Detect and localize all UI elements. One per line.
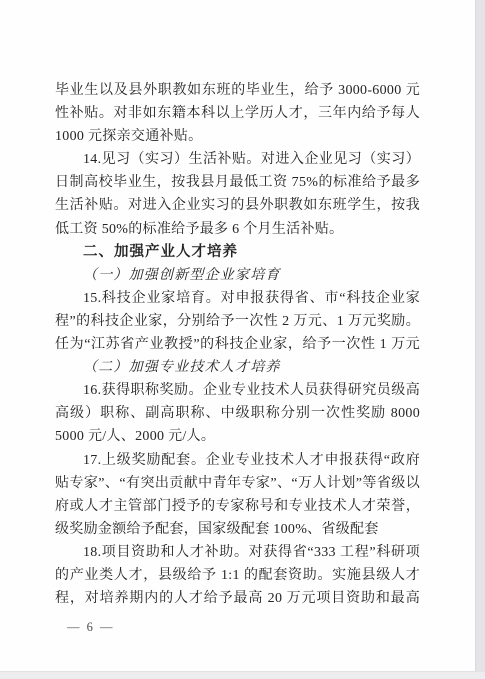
- text-line: 15.科技企业家培育。对申报获得省、市“科技企业家培育工: [55, 287, 420, 310]
- text-line: 程，对培养期内的人才给予最高 20 万元项目资助和最高每年 2: [55, 587, 420, 610]
- text-line: 低工资 50%的标准给予最多 6 个月生活补贴。: [55, 218, 420, 241]
- text-line: 的产业类人才，县级给予 1:1 的配套资助。实施县级人才培养工: [55, 564, 420, 587]
- text-line: 14.见习（实习）生活补贴。对进入企业见习（实习）的全: [55, 148, 420, 171]
- text-line: 程”的科技企业家，分别给予一次性 2 万元、1 万元奖励。对聘: [55, 310, 420, 333]
- text-line: 1000 元探亲交通补贴。: [55, 125, 420, 148]
- text-line: 5000 元/人、2000 元/人。: [55, 425, 420, 448]
- text-line: 任为“江苏省产业教授”的科技企业家，给予一次性 1 万元奖励。: [55, 333, 420, 356]
- text-line: 级奖励金额给予配套，国家级配套 100%、省级配套 50%。: [55, 518, 420, 541]
- text-line: 17.上级奖励配套。企业专业技术人才申报获得“政府特殊津: [55, 449, 420, 472]
- page-number: — 6 —: [67, 620, 115, 635]
- text-line: 16.获得职称奖励。企业专业技术人员获得研究员级高级（正: [55, 379, 420, 402]
- text-line: 毕业生以及县外职教如东班的毕业生，给予 3000-6000 元的一次: [55, 79, 420, 102]
- subsection-heading: （二）加强专业技术人才培养: [55, 356, 420, 379]
- subsection-heading: （一）加强创新型企业家培育: [55, 264, 420, 287]
- text-line: 日制高校毕业生，按我县月最低工资 75%的标准给予最多 6 个月: [55, 171, 420, 194]
- section-heading: 二、加强产业人才培养: [55, 241, 420, 264]
- text-line: 高级）职称、副高职称、中级职称分别一次性奖励 8000 元/人、: [55, 402, 420, 425]
- text-line: 18.项目资助和人才补助。对获得省“333 工程”科研项目资助: [55, 541, 420, 564]
- text-line: 府或人才主管部门授予的专家称号和专业技术人才荣誉，根据上: [55, 495, 420, 518]
- text-line: 性补贴。对非如东籍本科以上学历人才，三年内给予每人每年: [55, 102, 420, 125]
- scan-edge-bottom: [0, 671, 485, 679]
- scan-edge-right: [475, 0, 485, 679]
- document-page: 毕业生以及县外职教如东班的毕业生，给予 3000-6000 元的一次性补贴。对非…: [0, 0, 485, 679]
- text-line: 生活补贴。对进入企业实习的县外职教如东班学生，按我县月最: [55, 194, 420, 217]
- text-line: 贴专家”、“有突出贡献中青年专家”、“万人计划”等省级以上政: [55, 472, 420, 495]
- document-text-block: 毕业生以及县外职教如东班的毕业生，给予 3000-6000 元的一次性补贴。对非…: [55, 79, 420, 610]
